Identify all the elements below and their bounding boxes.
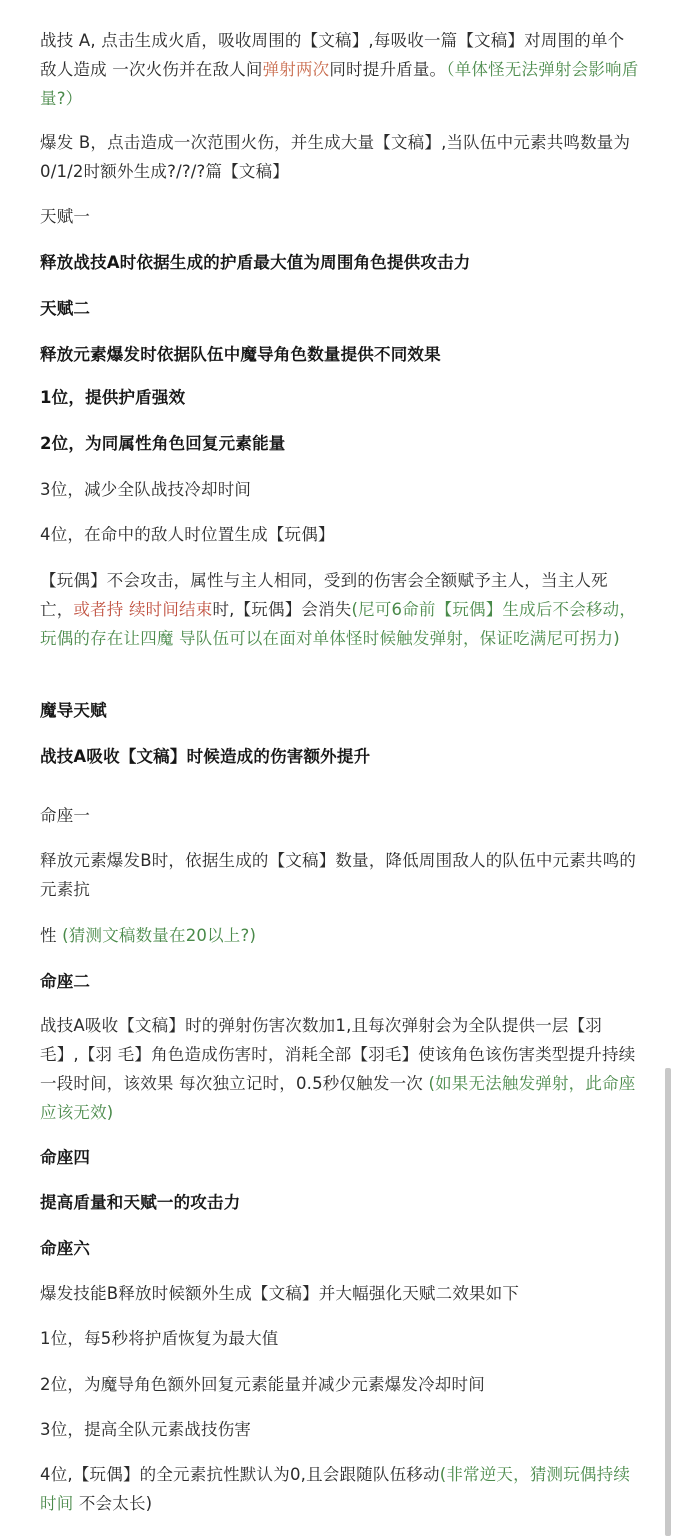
text-segment: 提高盾量和天赋一的攻击力 [40,1193,240,1212]
comment-note: (猜测文稿数量在20以上?) [62,926,256,945]
paragraph-c6-pos2: 2位，为魔导角色额外回复元素能量并减少元素爆发冷却时间 [40,1370,640,1399]
text-segment: 1位，每5秒将护盾恢复为最大值 [40,1329,279,1348]
paragraph-c1-desc: 释放元素爆发B时，依据生成的【文稿】数量，降低周围敌人的队伍中元素共鸣的元素抗 [40,846,640,904]
highlighted-text: 弹射两次 [263,60,330,79]
paragraph-talent-2-pos3: 3位，减少全队战技冷却时间 [40,475,640,504]
text-segment: 命座六 [40,1239,90,1258]
text-segment: 天赋一 [40,207,90,226]
text-segment: 命座一 [40,806,90,825]
vertical-scrollbar[interactable] [665,1068,671,1536]
text-segment: 命座二 [40,972,90,991]
text-segment: 4位，在命中的敌人时位置生成【玩偶】 [40,525,335,544]
paragraph-c2-title: 命座二 [40,967,640,996]
paragraph-c4-title: 命座四 [40,1143,640,1172]
paragraph-c6-pos1: 1位，每5秒将护盾恢复为最大值 [40,1324,640,1353]
text-segment: 2位，为同属性角色回复元素能量 [40,434,285,453]
paragraph-c1-desc-cont: 性 (猜测文稿数量在20以上?) [40,921,640,950]
paragraph-c6-pos3: 3位，提高全队元素战技伤害 [40,1415,640,1444]
paragraph-talent-2-pos4: 4位，在命中的敌人时位置生成【玩偶】 [40,520,640,549]
text-segment: 命座四 [40,1148,90,1167]
text-segment: 4位,【玩偶】的全元素抗性默认为0,且会跟随队伍移动 [40,1465,440,1484]
text-segment: 魔导天赋 [40,701,107,720]
paragraph-talent-2-pos2: 2位，为同属性角色回复元素能量 [40,429,640,458]
paragraph-magic-talent-desc: 战技A吸收【文稿】时候造成的伤害额外提升 [40,742,640,771]
paragraph-c2-desc: 战技A吸收【文稿】时的弹射伤害次数加1,且每次弹射会为全队提供一层【羽毛】,【羽… [40,1011,640,1127]
paragraph-skill-a: 战技 A, 点击生成火盾，吸收周围的【文稿】,每吸收一篇【文稿】对周围的单个敌人… [40,26,640,113]
text-segment: 3位，提高全队元素战技伤害 [40,1420,251,1439]
text-segment: 爆发技能B释放时候额外生成【文稿】并大幅强化天赋二效果如下 [40,1284,519,1303]
paragraph-c6-pos4: 4位,【玩偶】的全元素抗性默认为0,且会跟随队伍移动(非常逆天，猜测玩偶持续时间… [40,1460,640,1518]
paragraph-magic-talent-title: 魔导天赋 [40,696,640,725]
paragraph-talent-1-desc: 释放战技A时依据生成的护盾最大值为周围角色提供攻击力 [40,248,640,277]
paragraph-c4-desc: 提高盾量和天赋一的攻击力 [40,1188,640,1217]
highlighted-text: 或者持 续时间结束 [73,600,212,619]
paragraph-c6-desc: 爆发技能B释放时候额外生成【文稿】并大幅强化天赋二效果如下 [40,1279,640,1308]
document-page: 战技 A, 点击生成火盾，吸收周围的【文稿】,每吸收一篇【文稿】对周围的单个敌人… [0,0,678,1536]
text-segment: 爆发 B，点击造成一次范围火伤，并生成大量【文稿】,当队伍中元素共鸣数量为 0/… [40,133,630,181]
text-segment: 性 [40,926,62,945]
paragraph-burst-b: 爆发 B，点击造成一次范围火伤，并生成大量【文稿】,当队伍中元素共鸣数量为 0/… [40,128,640,186]
text-segment: 战技A吸收【文稿】时候造成的伤害额外提升 [40,747,370,766]
text-segment: 释放元素爆发时依据队伍中魔导角色数量提供不同效果 [40,345,441,364]
paragraph-talent-1-title: 天赋一 [40,202,640,231]
paragraph-talent-2-title: 天赋二 [40,294,640,323]
text-segment: 不会太长) [79,1494,152,1513]
paragraph-c1-title: 命座一 [40,801,640,830]
text-segment: 释放战技A时依据生成的护盾最大值为周围角色提供攻击力 [40,253,470,272]
text-segment: 时,【玩偶】会消失 [212,600,351,619]
paragraph-doll-desc: 【玩偶】不会攻击，属性与主人相同，受到的伤害会全额赋予主人，当主人死亡，或者持 … [40,566,640,653]
paragraph-talent-2-pos1: 1位，提供护盾强效 [40,383,640,412]
text-segment: 3位，减少全队战技冷却时间 [40,480,251,499]
text-segment: 1位，提供护盾强效 [40,388,185,407]
paragraph-c6-title: 命座六 [40,1234,640,1263]
text-segment: 释放元素爆发B时，依据生成的【文稿】数量，降低周围敌人的队伍中元素共鸣的元素抗 [40,851,636,899]
text-segment: 2位，为魔导角色额外回复元素能量并减少元素爆发冷却时间 [40,1375,485,1394]
paragraph-talent-2-desc: 释放元素爆发时依据队伍中魔导角色数量提供不同效果 [40,340,640,369]
text-segment: 天赋二 [40,299,90,318]
text-segment: 同时提升盾量。 [329,60,446,79]
